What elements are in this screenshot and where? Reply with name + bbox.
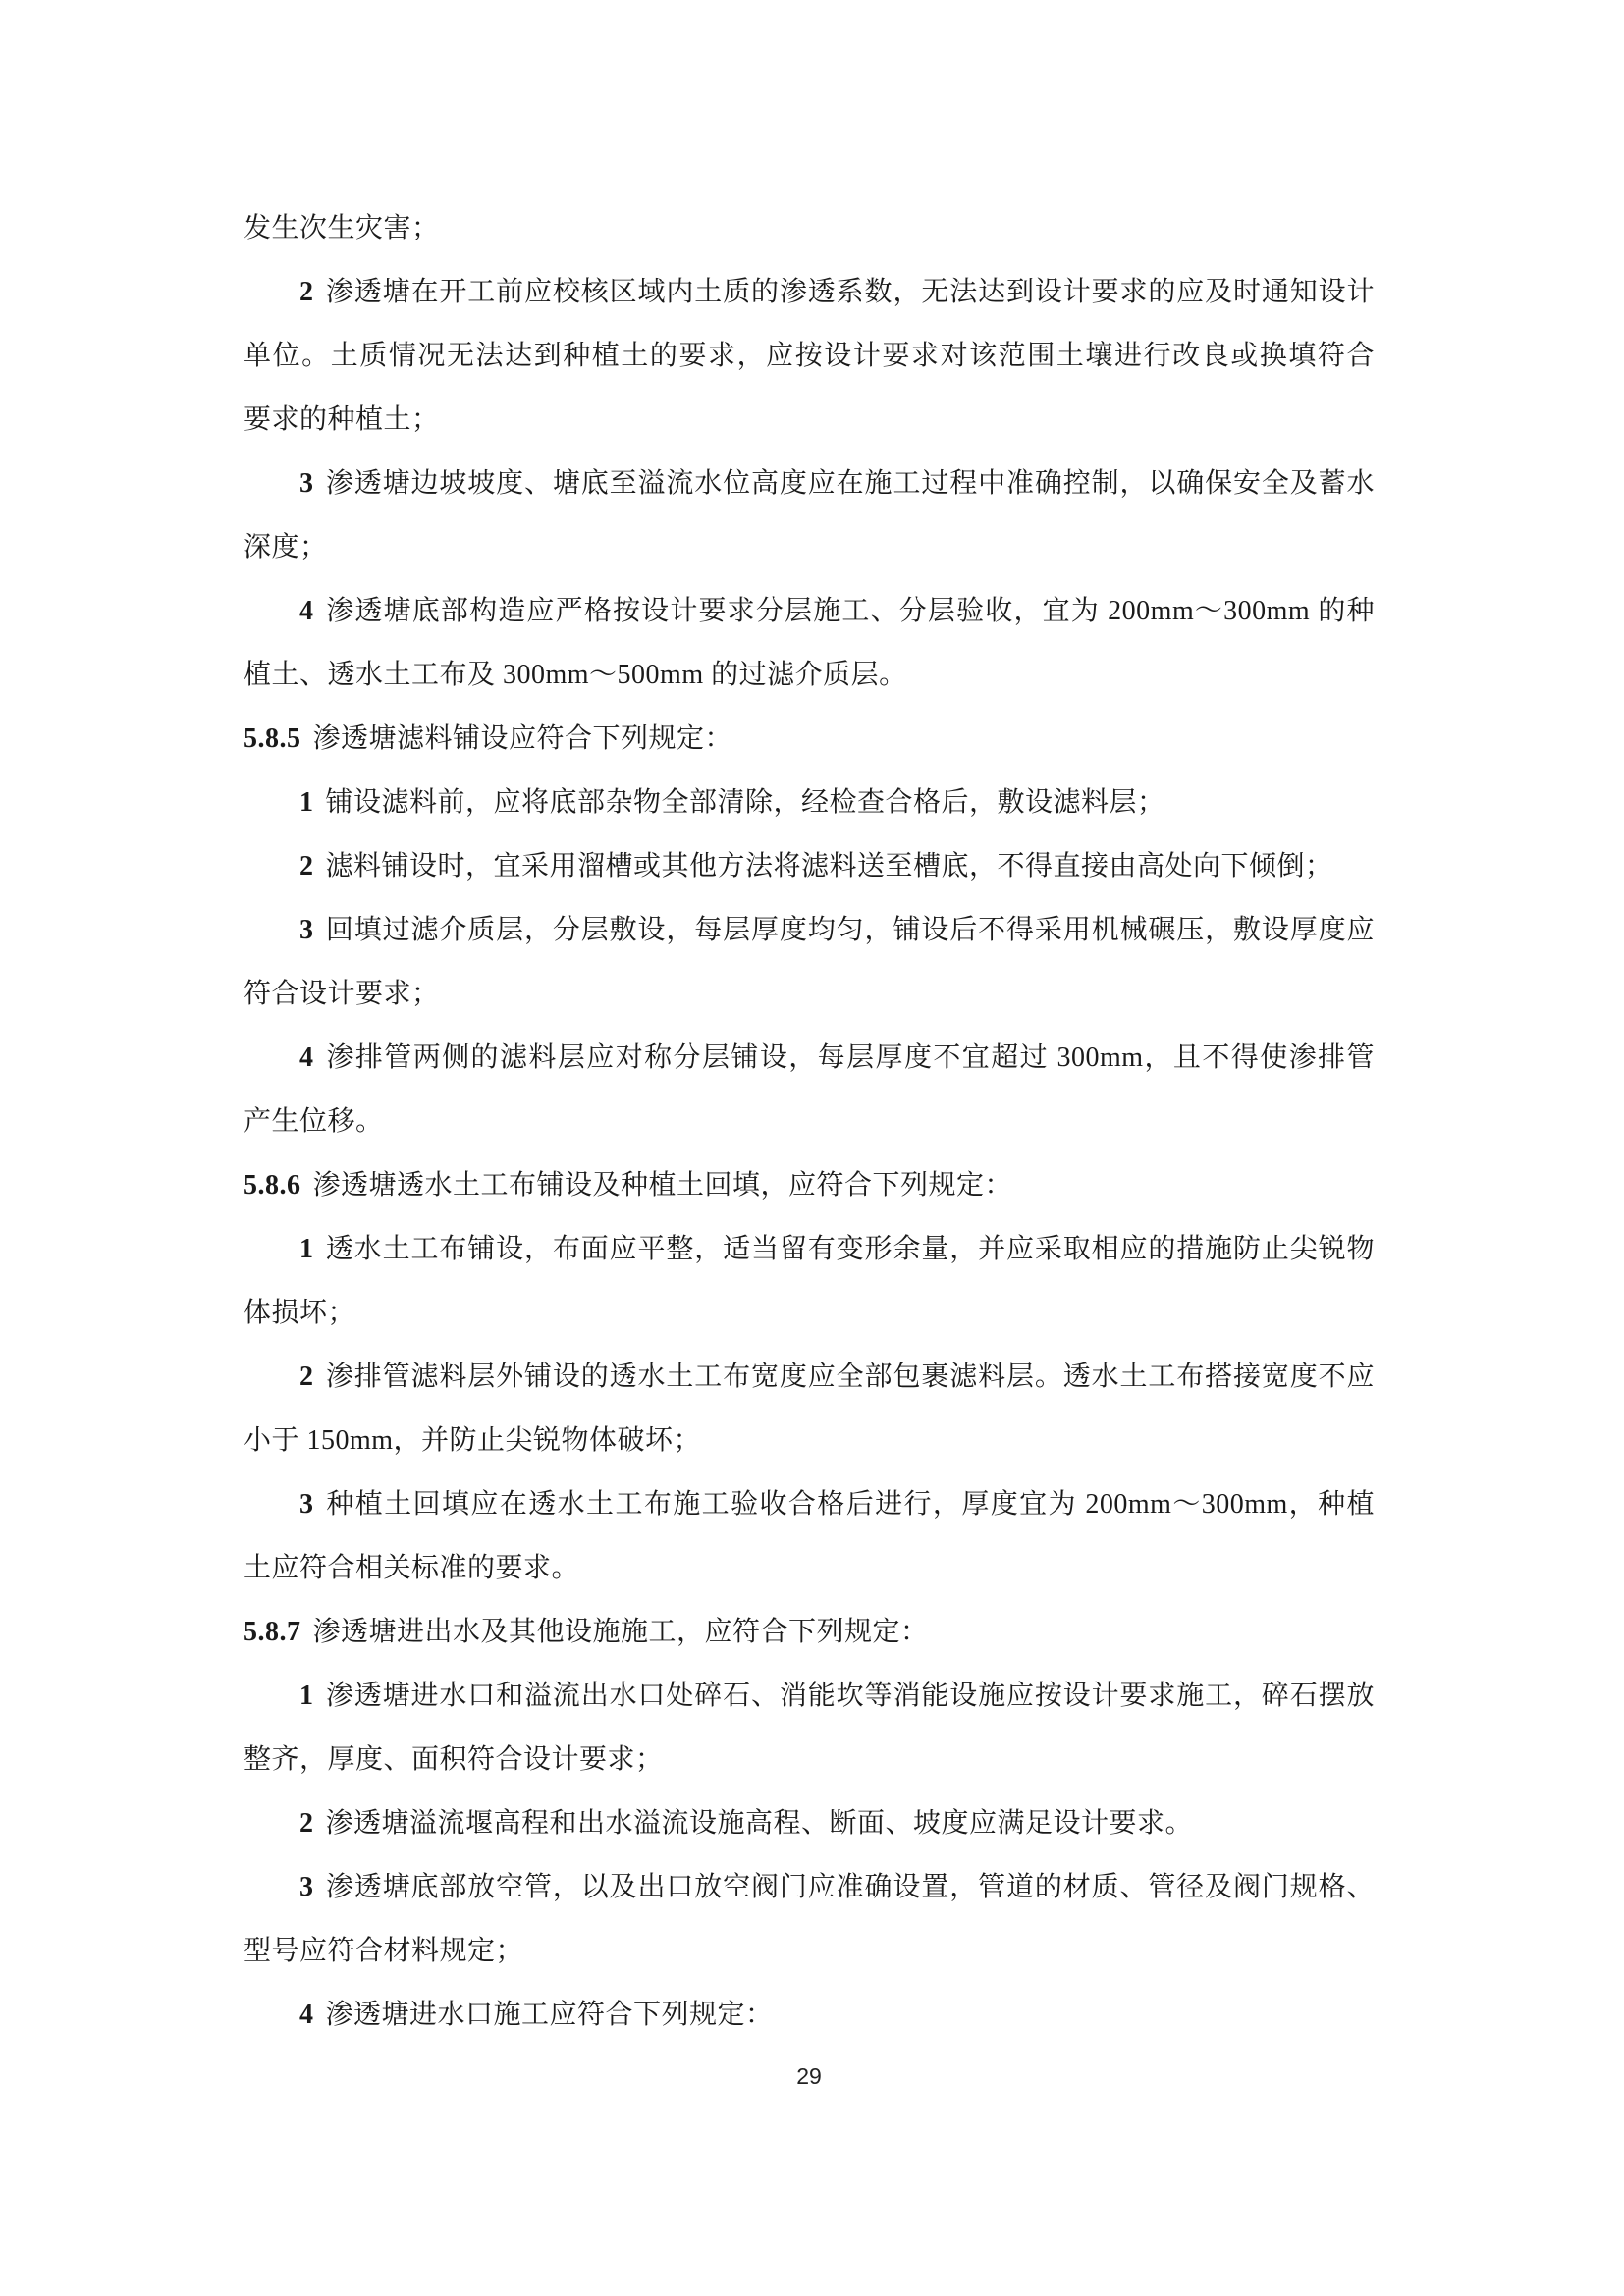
clause-number: 5.8.5	[244, 723, 301, 754]
text-line: 5.8.5渗透塘滤料铺设应符合下列规定：	[244, 707, 1375, 771]
text-line: 3种植土回填应在透水土工布施工验收合格后进行，厚度宜为 200mm～300mm，…	[244, 1472, 1375, 1536]
text-line: 5.8.7渗透塘进出水及其他设施施工，应符合下列规定：	[244, 1600, 1375, 1664]
clause-number: 1	[299, 1234, 314, 1264]
clause-number: 3	[299, 915, 314, 945]
line-text: 型号应符合材料规定；	[244, 1936, 523, 1966]
line-text: 发生次生灾害；	[244, 213, 440, 243]
text-line: 3渗透塘底部放空管，以及出口放空阀门应准确设置，管道的材质、管径及阀门规格、	[244, 1855, 1375, 1919]
text-line: 体损坏；	[244, 1281, 1375, 1345]
clause-number: 3	[299, 1872, 314, 1902]
clause-number: 2	[299, 1362, 314, 1392]
text-line: 深度；	[244, 515, 1375, 579]
text-line: 要求的种植土；	[244, 388, 1375, 452]
line-text: 符合设计要求；	[244, 979, 440, 1009]
text-line: 3回填过滤介质层，分层敷设，每层厚度均匀，铺设后不得采用机械碾压，敷设厚度应	[244, 898, 1375, 962]
clause-number: 5.8.7	[244, 1617, 301, 1647]
line-text: 植土、透水土工布及 300mm～500mm 的过滤介质层。	[244, 660, 907, 690]
text-line: 2渗透塘溢流堰高程和出水溢流设施高程、断面、坡度应满足设计要求。	[244, 1791, 1375, 1855]
text-line: 4渗透塘底部构造应严格按设计要求分层施工、分层验收，宜为 200mm～300mm…	[244, 579, 1375, 643]
line-text: 单位。土质情况无法达到种植土的要求，应按设计要求对该范围土壤进行改良或换填符合	[244, 341, 1375, 371]
text-line: 型号应符合材料规定；	[244, 1919, 1375, 1983]
text-line: 3渗透塘边坡坡度、塘底至溢流水位高度应在施工过程中准确控制，以确保安全及蓄水	[244, 452, 1375, 515]
clause-number: 3	[299, 468, 314, 499]
text-line: 1铺设滤料前，应将底部杂物全部清除，经检查合格后，敷设滤料层；	[244, 771, 1375, 834]
text-line: 符合设计要求；	[244, 962, 1375, 1026]
line-text: 铺设滤料前，应将底部杂物全部清除，经检查合格后，敷设滤料层；	[326, 787, 1165, 818]
line-text: 滤料铺设时，宜采用溜槽或其他方法将滤料送至槽底，不得直接由高处向下倾倒；	[326, 851, 1333, 881]
line-text: 渗透塘进水口和溢流出水口处碎石、消能坎等消能设施应按设计要求施工，碎石摆放	[326, 1681, 1376, 1711]
line-text: 小于 150mm，并防止尖锐物体破坏；	[244, 1425, 701, 1456]
text-line: 发生次生灾害；	[244, 196, 1375, 260]
line-text: 渗透塘透水土工布铺设及种植土回填，应符合下列规定：	[313, 1170, 1013, 1201]
line-text: 渗透塘进水口施工应符合下列规定：	[326, 2000, 774, 2030]
text-line: 2渗透塘在开工前应校核区域内土质的渗透系数，无法达到设计要求的应及时通知设计	[244, 260, 1375, 324]
line-text: 土应符合相关标准的要求。	[244, 1553, 579, 1583]
clause-number: 4	[299, 2000, 314, 2030]
text-line: 4渗排管两侧的滤料层应对称分层铺设，每层厚度不宜超过 300mm，且不得使渗排管	[244, 1026, 1375, 1090]
text-line: 4渗透塘进水口施工应符合下列规定：	[244, 1983, 1375, 2047]
text-line: 产生位移。	[244, 1090, 1375, 1153]
line-text: 整齐，厚度、面积符合设计要求；	[244, 1744, 664, 1775]
clause-number: 2	[299, 851, 314, 881]
line-text: 渗透塘在开工前应校核区域内土质的渗透系数，无法达到设计要求的应及时通知设计	[326, 277, 1376, 307]
text-line: 1透水土工布铺设，布面应平整，适当留有变形余量，并应采取相应的措施防止尖锐物	[244, 1217, 1375, 1281]
line-text: 种植土回填应在透水土工布施工验收合格后进行，厚度宜为 200mm～300mm，种…	[326, 1489, 1376, 1520]
line-text: 渗透塘底部放空管，以及出口放空阀门应准确设置，管道的材质、管径及阀门规格、	[326, 1872, 1376, 1902]
line-text: 透水土工布铺设，布面应平整，适当留有变形余量，并应采取相应的措施防止尖锐物	[326, 1234, 1376, 1264]
text-line: 植土、透水土工布及 300mm～500mm 的过滤介质层。	[244, 643, 1375, 707]
line-text: 渗透塘底部构造应严格按设计要求分层施工、分层验收，宜为 200mm～300mm …	[326, 596, 1376, 626]
text-line: 整齐，厚度、面积符合设计要求；	[244, 1728, 1375, 1791]
line-text: 渗排管两侧的滤料层应对称分层铺设，每层厚度不宜超过 300mm，且不得使渗排管	[326, 1042, 1376, 1073]
line-text: 要求的种植土；	[244, 404, 440, 435]
line-text: 深度；	[244, 532, 328, 562]
clause-number: 3	[299, 1489, 314, 1520]
page-number: 29	[244, 2061, 1375, 2091]
line-text: 渗排管滤料层外铺设的透水土工布宽度应全部包裹滤料层。透水土工布搭接宽度不应	[326, 1362, 1376, 1392]
text-line: 单位。土质情况无法达到种植土的要求，应按设计要求对该范围土壤进行改良或换填符合	[244, 324, 1375, 388]
line-text: 体损坏；	[244, 1298, 355, 1328]
clause-number: 4	[299, 1042, 314, 1073]
line-text: 回填过滤介质层，分层敷设，每层厚度均匀，铺设后不得采用机械碾压，敷设厚度应	[326, 915, 1376, 945]
line-text: 渗透塘溢流堰高程和出水溢流设施高程、断面、坡度应满足设计要求。	[326, 1808, 1194, 1839]
clause-number: 1	[299, 1681, 314, 1711]
document-page: 发生次生灾害；2渗透塘在开工前应校核区域内土质的渗透系数，无法达到设计要求的应及…	[0, 0, 1624, 2296]
text-line: 1渗透塘进水口和溢流出水口处碎石、消能坎等消能设施应按设计要求施工，碎石摆放	[244, 1664, 1375, 1728]
clause-number: 2	[299, 1808, 314, 1839]
text-line: 5.8.6渗透塘透水土工布铺设及种植土回填，应符合下列规定：	[244, 1153, 1375, 1217]
line-text: 渗透塘进出水及其他设施施工，应符合下列规定：	[313, 1617, 929, 1647]
clause-number: 1	[299, 787, 314, 818]
text-line: 2渗排管滤料层外铺设的透水土工布宽度应全部包裹滤料层。透水土工布搭接宽度不应	[244, 1345, 1375, 1409]
text-line: 土应符合相关标准的要求。	[244, 1536, 1375, 1600]
text-line: 小于 150mm，并防止尖锐物体破坏；	[244, 1409, 1375, 1472]
clause-number: 5.8.6	[244, 1170, 301, 1201]
line-text: 产生位移。	[244, 1106, 384, 1137]
clause-number: 2	[299, 277, 314, 307]
text-line: 2滤料铺设时，宜采用溜槽或其他方法将滤料送至槽底，不得直接由高处向下倾倒；	[244, 834, 1375, 898]
document-body: 发生次生灾害；2渗透塘在开工前应校核区域内土质的渗透系数，无法达到设计要求的应及…	[244, 196, 1375, 2047]
line-text: 渗透塘边坡坡度、塘底至溢流水位高度应在施工过程中准确控制，以确保安全及蓄水	[326, 468, 1376, 499]
line-text: 渗透塘滤料铺设应符合下列规定：	[313, 723, 733, 754]
clause-number: 4	[299, 596, 314, 626]
